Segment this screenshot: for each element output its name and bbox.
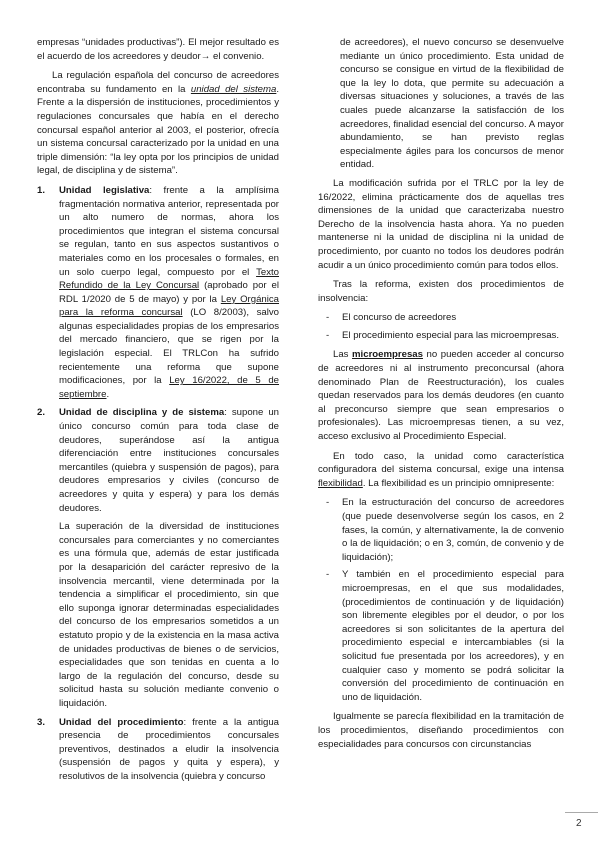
text: Las <box>333 349 352 360</box>
text: En la estructuración del concurso de acr… <box>342 497 564 562</box>
dash-bullet-icon: - <box>326 311 329 325</box>
dash-bullet-icon: - <box>326 568 329 582</box>
list-item-unidad-disciplina: 2. Unidad de disciplina y de sistema: su… <box>37 406 279 710</box>
item-sub-paragraph: La superación de la diversidad de instit… <box>59 520 279 710</box>
right-column: de acreedores), el nuevo concurso se des… <box>318 36 564 757</box>
text: El concurso de acreedores <box>342 312 456 323</box>
list-number: 3. <box>37 716 45 730</box>
text: no pueden acceder al concurso de acreedo… <box>318 349 564 442</box>
text: : supone un único concurso común para to… <box>59 407 279 513</box>
text: . Frente a la dispersión de institucione… <box>37 84 279 177</box>
list-number: 2. <box>37 406 45 420</box>
list-number: 1. <box>37 184 45 198</box>
paragraph-flexibilidad: En todo caso, la unidad como característ… <box>318 450 564 491</box>
link-flexibilidad[interactable]: flexibilidad <box>318 478 363 489</box>
text: El procedimiento especial para las micro… <box>342 330 559 341</box>
dash-bullet-icon: - <box>326 329 329 343</box>
item-title: Unidad del procedimiento <box>59 717 183 728</box>
list-item-unidad-procedimiento: 3. Unidad del procedimiento: frente a la… <box>37 716 279 784</box>
text: En todo caso, la unidad como característ… <box>318 451 564 476</box>
text: : frente a la amplísima fragmentación no… <box>59 185 279 278</box>
list-item-unidad-legislativa: 1. Unidad legislativa: frente a la amplí… <box>37 184 279 402</box>
paragraph-modificacion-trlc: La modificación sufrida por el TRLC por … <box>318 177 564 272</box>
item-title: Unidad de disciplina y de sistema <box>59 407 224 418</box>
list-item: -El procedimiento especial para las micr… <box>318 329 564 343</box>
item-title: Unidad legislativa <box>59 185 149 196</box>
paragraph-intro-continuation: empresas “unidades productivas”). El mej… <box>37 36 279 63</box>
procedures-list: -El concurso de acreedores -El procedimi… <box>318 311 564 342</box>
paragraph-microempresas: Las microempresas no pueden acceder al c… <box>318 348 564 443</box>
link-unidad-del-sistema[interactable]: unidad del sistema <box>191 84 276 95</box>
dash-bullet-icon: - <box>326 496 329 510</box>
list-item: -En la estructuración del concurso de ac… <box>318 496 564 564</box>
numbered-list: 1. Unidad legislativa: frente a la amplí… <box>37 184 279 784</box>
page-number: 2 <box>576 818 582 829</box>
list-item-continuation: de acreedores), el nuevo concurso se des… <box>318 36 564 172</box>
text: Y también en el procedimiento especial p… <box>342 569 564 702</box>
text: . La flexibilidad es un principio omnipr… <box>363 478 554 489</box>
list-item: -Y también en el procedimiento especial … <box>318 568 564 704</box>
footer-divider <box>565 812 598 813</box>
left-column: empresas “unidades productivas”). El mej… <box>37 36 279 789</box>
flexibility-list: -En la estructuración del concurso de ac… <box>318 496 564 704</box>
paragraph-unidad-sistema: La regulación española del concurso de a… <box>37 69 279 178</box>
paragraph-tras-la-reforma: Tras la reforma, existen dos procedimien… <box>318 278 564 305</box>
link-microempresas[interactable]: microempresas <box>352 349 423 360</box>
paragraph-igualmente: Igualmente se parecía flexibilidad en la… <box>318 710 564 751</box>
text: . <box>106 389 109 400</box>
list-item: -El concurso de acreedores <box>318 311 564 325</box>
